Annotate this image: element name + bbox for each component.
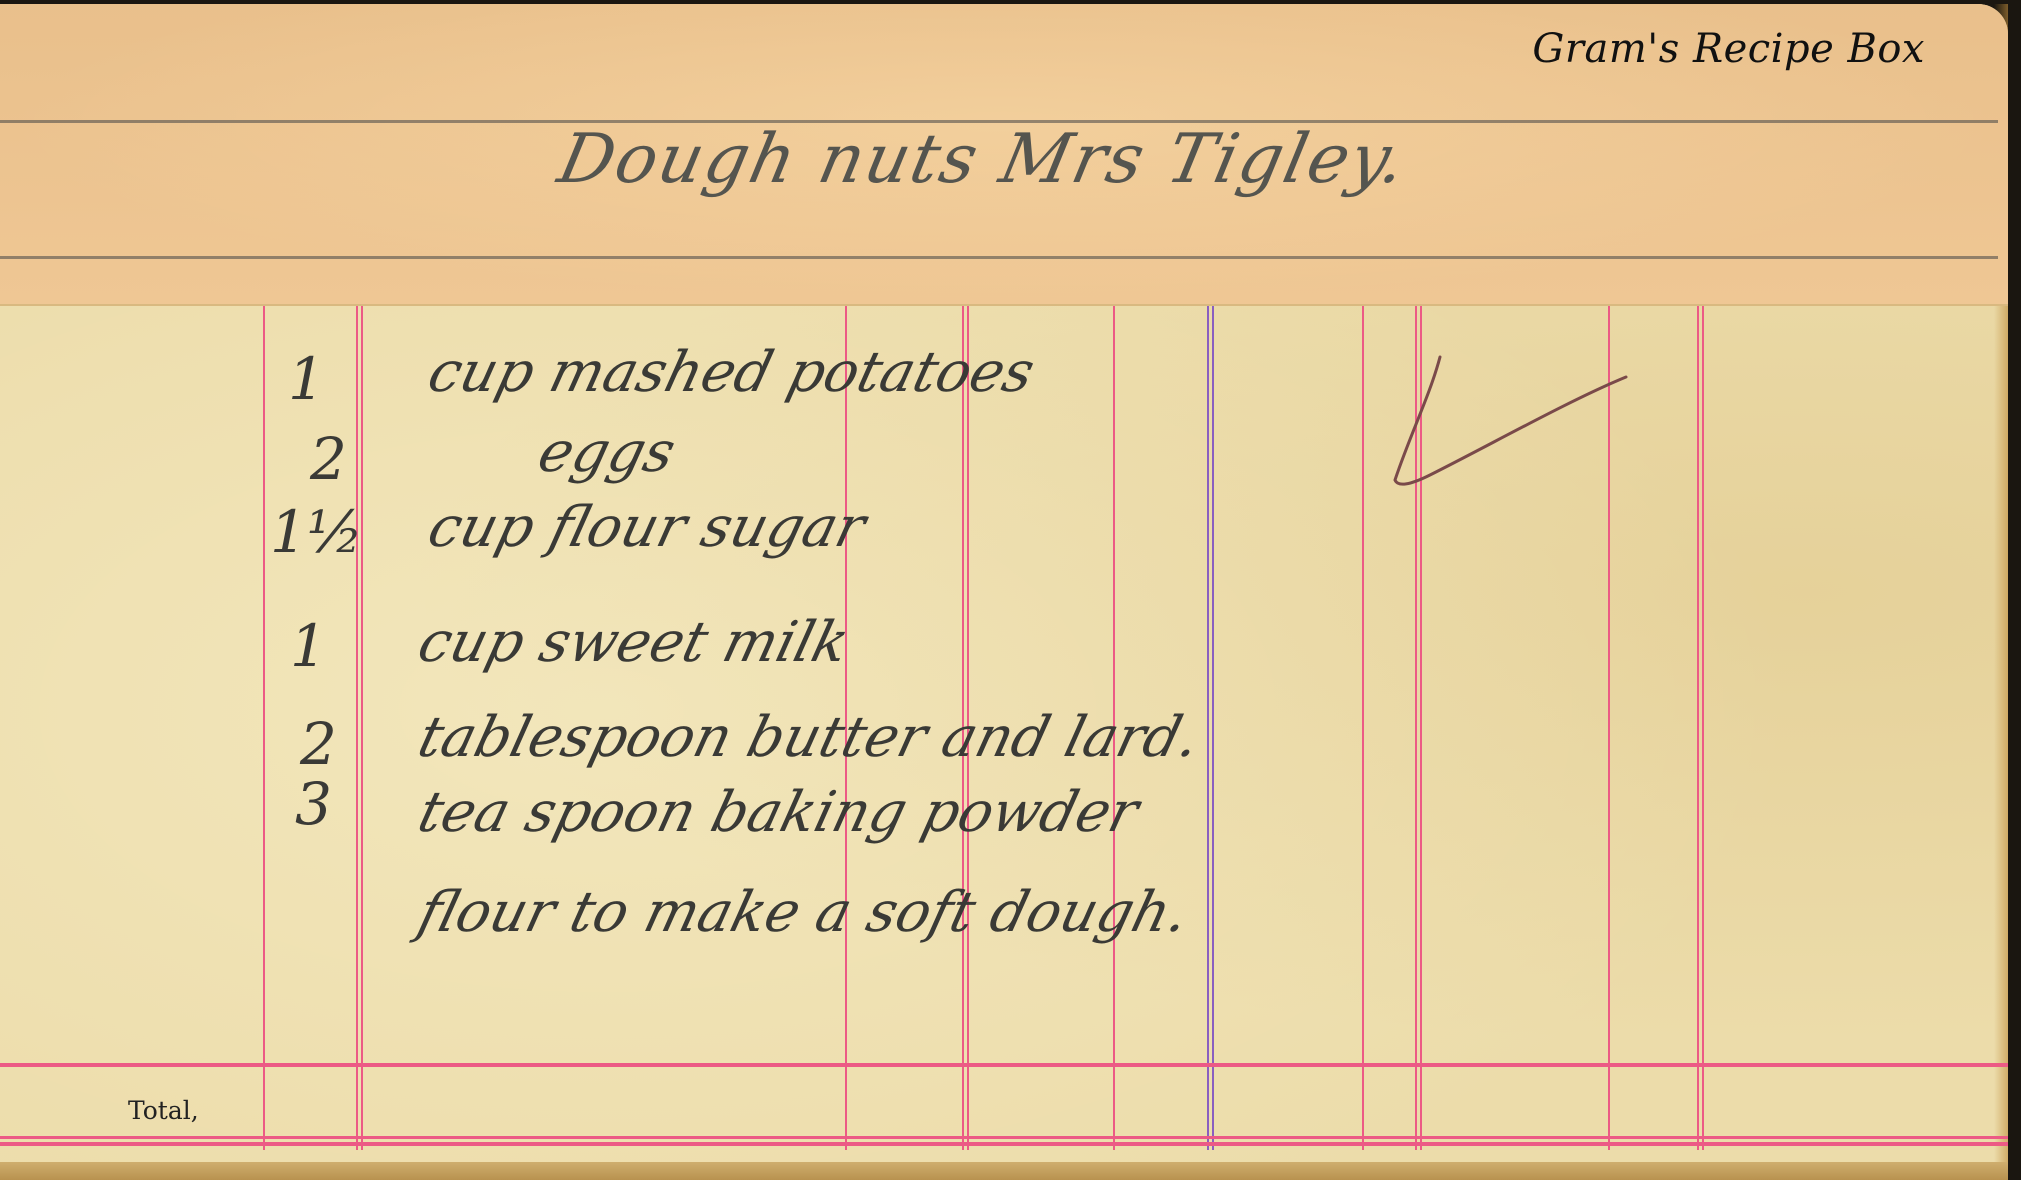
ledger-total-double-rule <box>0 1136 2008 1146</box>
ingredient-text: eggs <box>532 420 682 485</box>
card-bottom-edge <box>0 1162 2008 1180</box>
ingredient-qty: 1 <box>288 345 325 413</box>
ledger-total-rule <box>0 1063 2008 1067</box>
brand-watermark: Gram's Recipe Box <box>1532 26 1925 72</box>
ingredient-text: cup mashed potatoes <box>422 340 1041 405</box>
ingredient-qty: 2 <box>310 425 347 493</box>
header-rule-bottom <box>0 256 1998 259</box>
checkmark-icon <box>1370 355 1630 495</box>
ledger-rule <box>1362 304 1364 1150</box>
ingredient-text: flour to make a soft dough. <box>412 880 1195 945</box>
ingredient-qty: 3 <box>295 770 332 838</box>
recipe-title: Dough nuts Mrs Tigley. <box>552 120 1415 199</box>
total-label: Total, <box>128 1096 199 1125</box>
ingredient-text: tablespoon butter and lard. <box>412 705 1206 770</box>
ledger-rule-double <box>1697 304 1704 1150</box>
ledger-rule-double <box>356 304 363 1150</box>
ingredient-text: cup sweet milk <box>412 610 855 675</box>
ledger-rule-purple <box>1207 304 1214 1150</box>
ledger-rule <box>263 304 265 1150</box>
ingredient-qty: 1½ <box>270 498 363 566</box>
ingredient-qty: 2 <box>300 710 337 778</box>
ingredient-text: cup flour sugar <box>422 495 872 560</box>
ingredient-qty: 1 <box>290 612 327 680</box>
ingredient-text: tea spoon baking powder <box>412 780 1145 845</box>
